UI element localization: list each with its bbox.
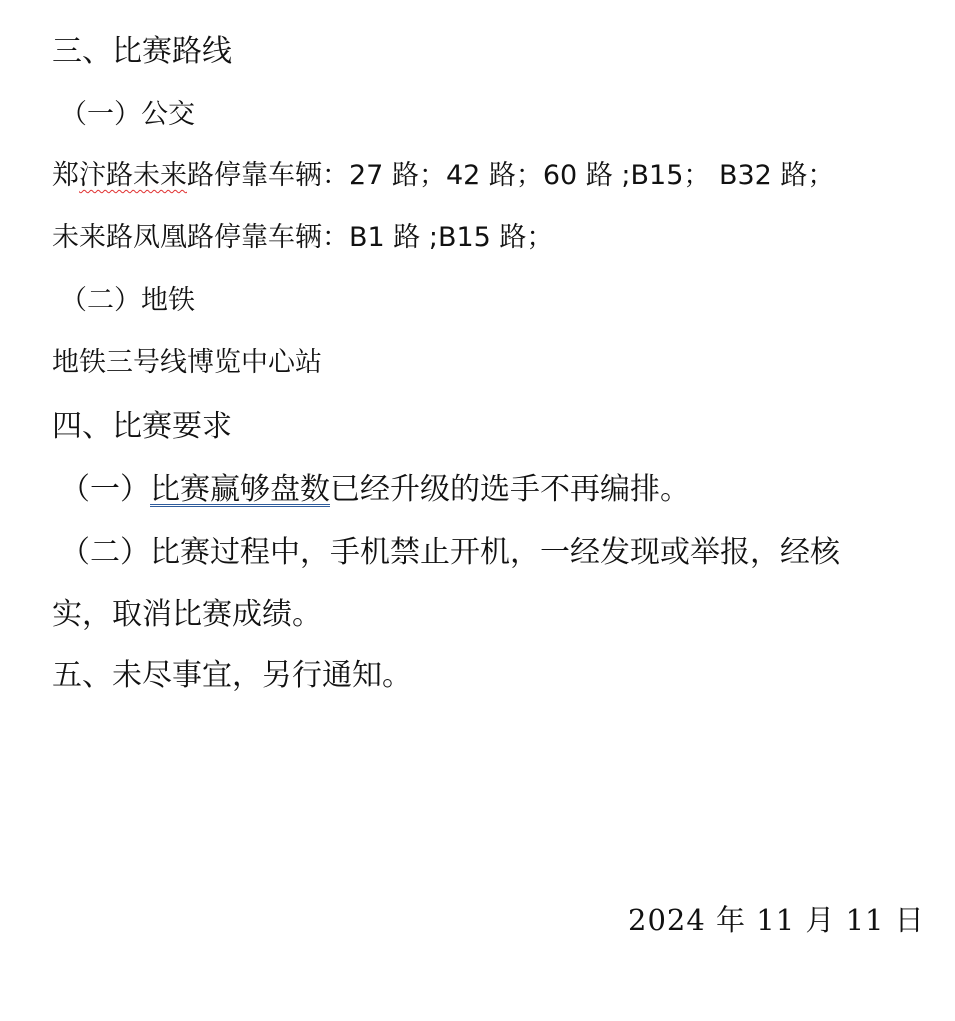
subheading-metro: （二）地铁: [60, 278, 195, 317]
requirement-1: （一）比赛赢够盘数已经升级的选手不再编排。: [60, 464, 690, 508]
text-segment: 四、比赛要求: [52, 409, 232, 444]
text-segment: 已经升级的选手不再编排。: [330, 472, 690, 507]
heading-competition-route: 三、比赛路线: [52, 26, 232, 70]
bus-stop-fenghuang: 未来路凤凰路停靠车辆：B1 路 ;B15 路；: [52, 215, 553, 254]
requirement-2-line-2: 实，取消比赛成绩。: [52, 589, 322, 633]
bus-stop-zhengbian: 郑汴路未来路停靠车辆：27 路；42 路；60 路 ;B15； B32 路；: [52, 153, 834, 192]
document-date: 2024 年 11 月 11 日: [628, 898, 925, 939]
metro-station: 地铁三号线博览中心站: [52, 340, 322, 379]
text-segment: 路停靠车辆：27 路；42 路；60 路 ;B15； B32 路；: [187, 160, 834, 191]
requirement-2-line-1: （二）比赛过程中，手机禁止开机，一经发现或举报，经核: [60, 527, 840, 571]
grammar-flagged-text: 比赛赢够盘数: [150, 472, 330, 507]
text-segment: 郑: [52, 160, 79, 191]
closing-note: 五、未尽事宜，另行通知。: [52, 650, 412, 694]
text-segment: （一）: [60, 472, 150, 507]
heading-competition-requirements: 四、比赛要求: [52, 401, 232, 445]
spellcheck-flagged-text: 汴路未来: [79, 160, 187, 191]
subheading-bus: （一）公交: [60, 92, 195, 131]
